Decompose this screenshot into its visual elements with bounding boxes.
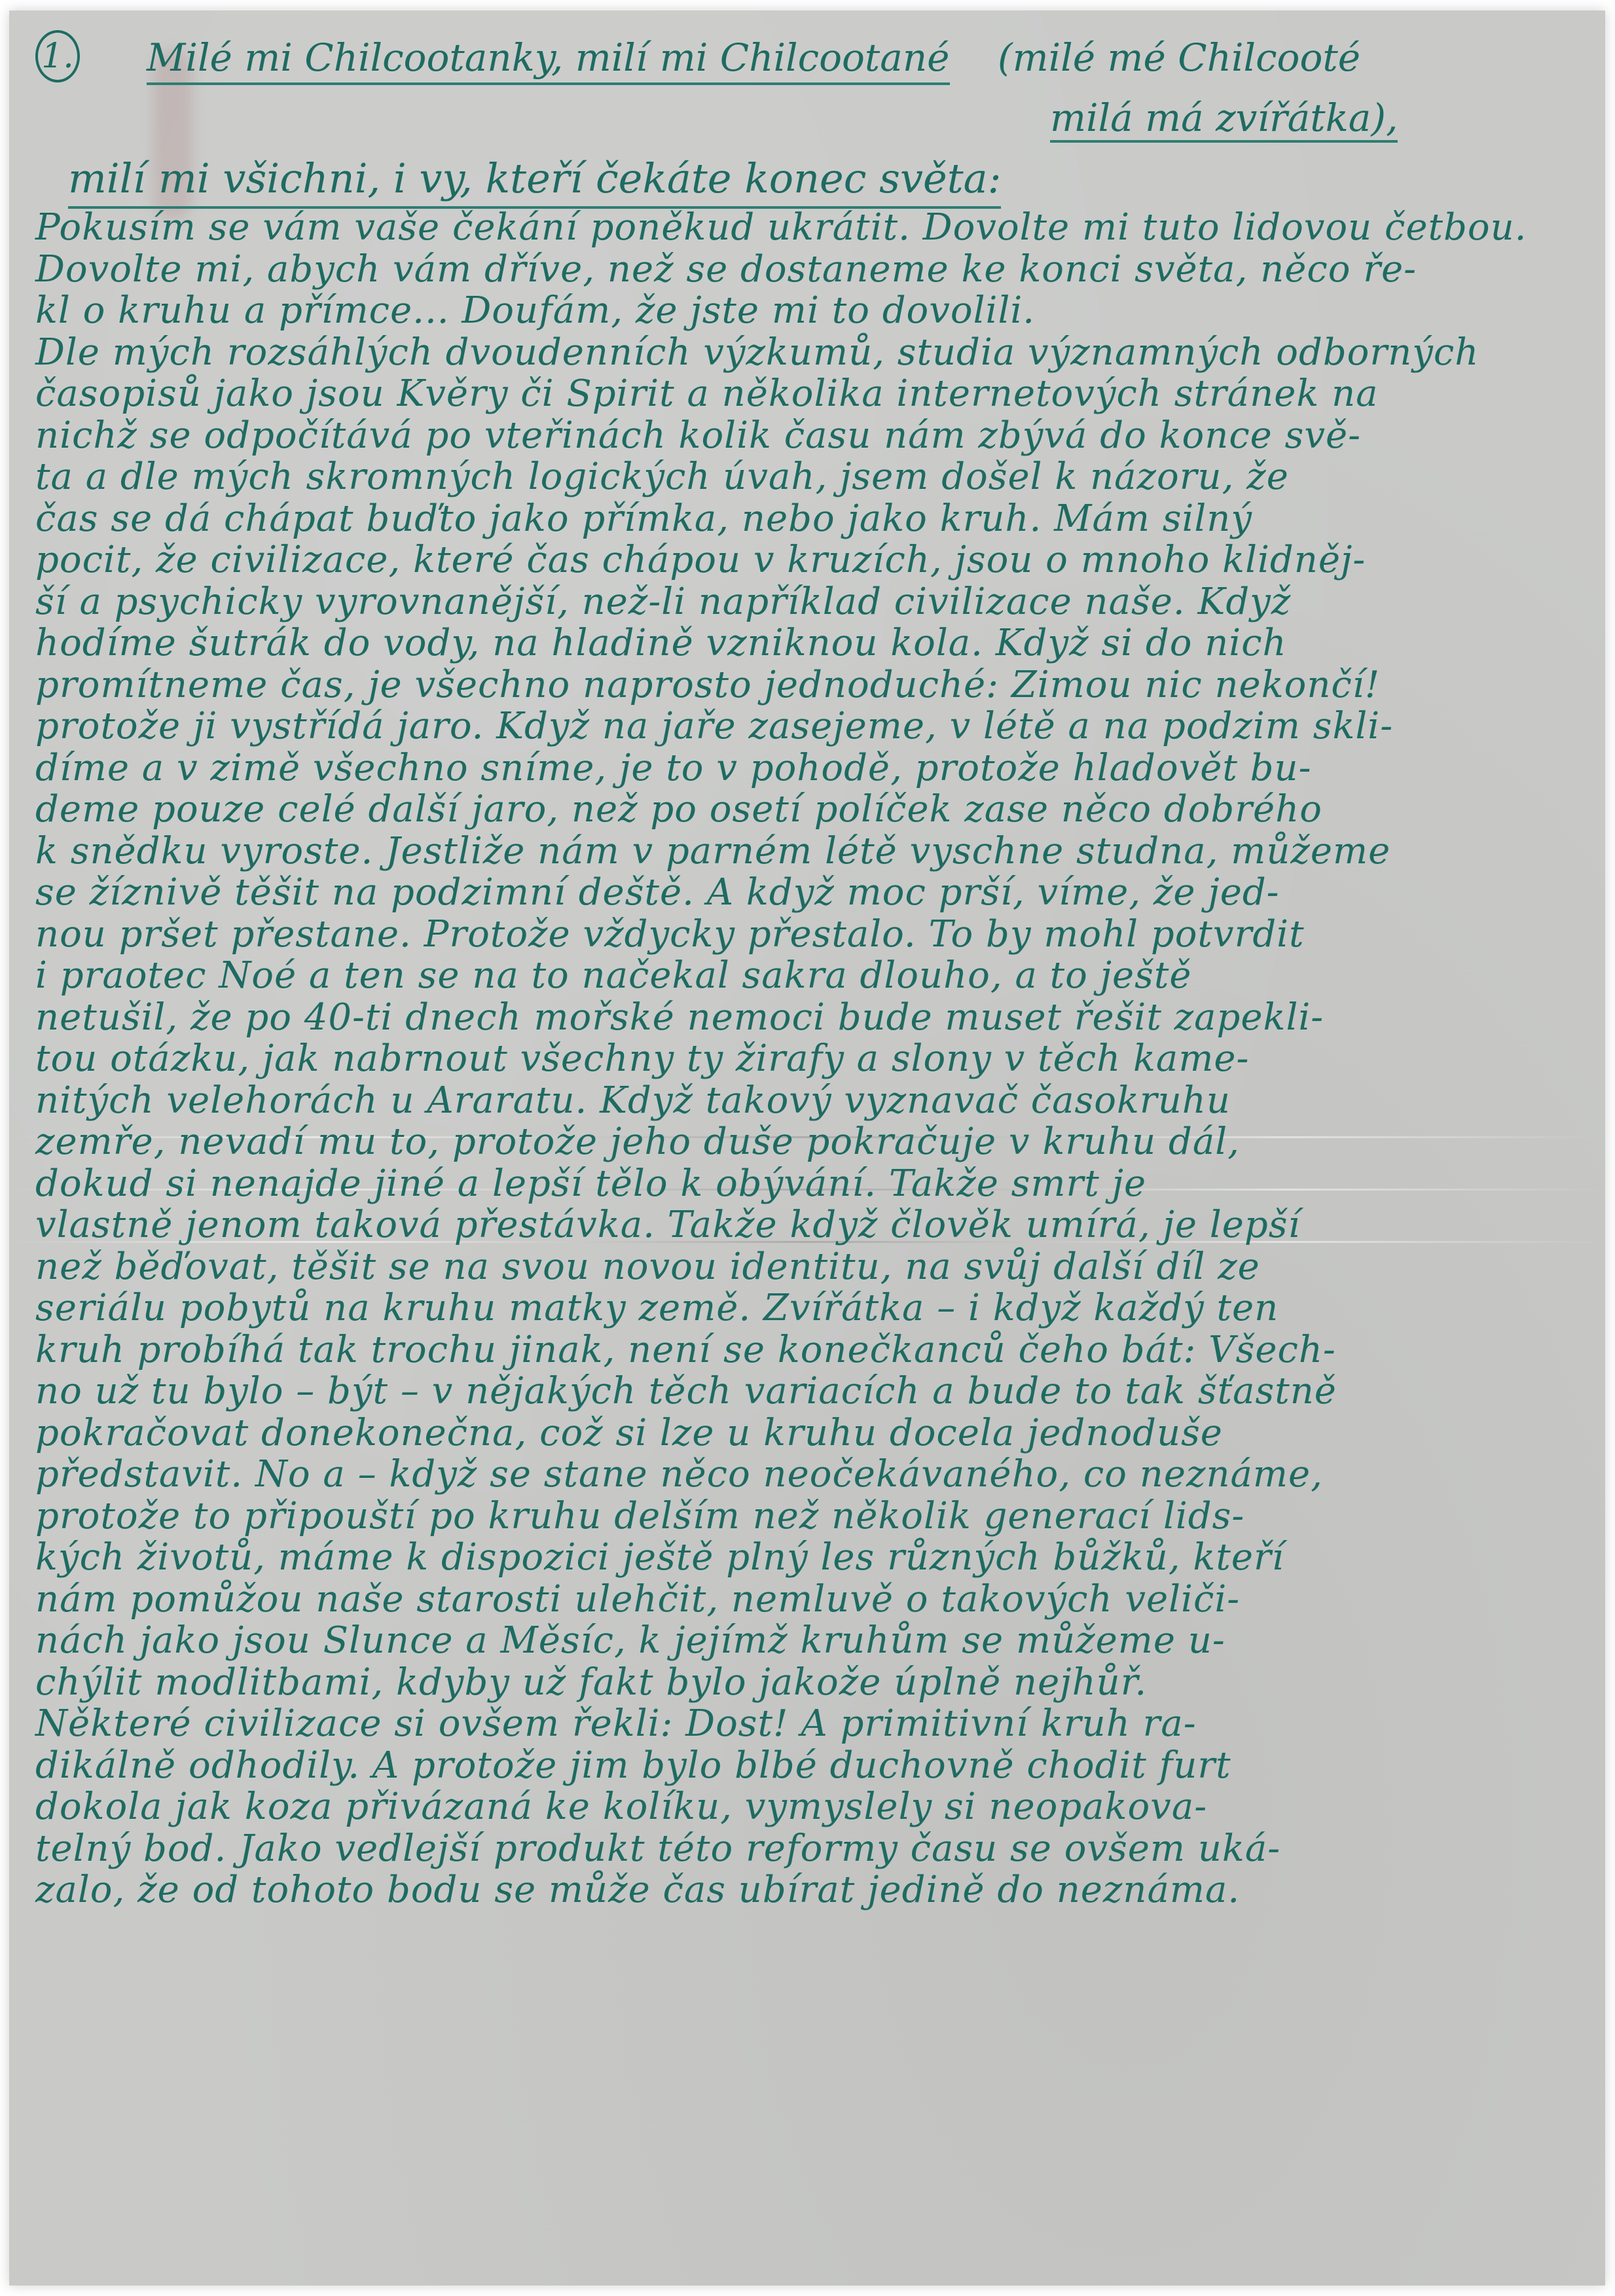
body-line: no už tu bylo – být – v nějakých těch va…	[35, 1371, 1593, 1412]
body-line: kruh probíhá tak trochu jinak, není se k…	[35, 1329, 1593, 1371]
salutation-aside: (milé mé Chilcooté	[998, 35, 1360, 80]
body-line: Dle mých rozsáhlých dvoudenních výzkumů,…	[35, 332, 1593, 374]
body-line: představit. No a – když se stane něco ne…	[35, 1454, 1593, 1496]
body-line: i praotec Noé a ten se na to načekal sak…	[35, 955, 1593, 997]
body-line: seriálu pobytů na kruhu matky země. Zvíř…	[35, 1287, 1593, 1329]
body-line: pocit, že civilizace, které čas chápou v…	[35, 539, 1593, 581]
letter-body: Pokusím se vám vaše čekání poněkud ukrát…	[35, 207, 1593, 1911]
body-line: kl o kruhu a přímce... Doufám, že jste m…	[35, 290, 1593, 332]
body-line: protože ji vystřídá jaro. Když na jaře z…	[35, 706, 1593, 747]
body-line: tou otázku, jak nabrnout všechny ty žira…	[35, 1038, 1593, 1080]
body-line: k snědku vyroste. Jestliže nám v parném …	[35, 831, 1593, 872]
salutation-line-2: milí mi všichni, i vy, kteří čekáte kone…	[68, 154, 1001, 209]
body-line: než běďovat, těšit se na svou novou iden…	[35, 1246, 1593, 1288]
letter-page: 1. Milé mi Chilcootanky, milí mi Chilcoo…	[9, 10, 1605, 2286]
body-line: pokračovat donekonečna, což si lze u kru…	[35, 1412, 1593, 1454]
body-line: nou pršet přestane. Protože vždycky přes…	[35, 914, 1593, 956]
body-line: nitých velehorách u Araratu. Když takový…	[35, 1080, 1593, 1122]
body-line: časopisů jako jsou Kvěry či Spirit a něk…	[35, 373, 1593, 415]
body-line: se žíznivě těšit na podzimní deště. A kd…	[35, 872, 1593, 914]
salutation-line-1: Milé mi Chilcootanky, milí mi Chilcootan…	[147, 35, 950, 85]
body-line: vlastně jenom taková přestávka. Takže kd…	[35, 1204, 1593, 1246]
page-number: 1.	[35, 30, 80, 82]
body-line: díme a v zimě všechno sníme, je to v poh…	[35, 747, 1593, 789]
body-line: dokud si nenajde jiné a lepší tělo k obý…	[35, 1163, 1593, 1205]
body-line: nách jako jsou Slunce a Měsíc, k jejímž …	[35, 1620, 1593, 1662]
body-line: zemře, nevadí mu to, protože jeho duše p…	[35, 1121, 1593, 1163]
body-line: Pokusím se vám vaše čekání poněkud ukrát…	[35, 207, 1593, 249]
body-line: čas se dá chápat buďto jako přímka, nebo…	[35, 498, 1593, 540]
body-line: ta a dle mých skromných logických úvah, …	[35, 456, 1593, 498]
body-line: protože to připouští po kruhu delším než…	[35, 1496, 1593, 1537]
body-line: ší a psychicky vyrovnanější, než-li např…	[35, 581, 1593, 623]
salutation-aside-continued: milá má zvířátka),	[1050, 96, 1398, 143]
body-line: nichž se odpočítává po vteřinách kolik č…	[35, 415, 1593, 457]
body-line: promítneme čas, je všechno naprosto jedn…	[35, 664, 1593, 706]
body-line: nám pomůžou naše starosti ulehčit, nemlu…	[35, 1579, 1593, 1621]
body-line: hodíme šutrák do vody, na hladině vznikn…	[35, 622, 1593, 664]
body-line: Dovolte mi, abych vám dříve, než se dost…	[35, 249, 1593, 291]
body-line: kých životů, máme k dispozici ještě plný…	[35, 1537, 1593, 1579]
body-line: netušil, že po 40-ti dnech mořské nemoci…	[35, 997, 1593, 1039]
body-line: chýlit modlitbami, kdyby už fakt bylo ja…	[35, 1662, 1593, 1704]
body-line: deme pouze celé další jaro, než po osetí…	[35, 789, 1593, 831]
body-line: dokola jak koza přivázaná ke kolíku, vym…	[35, 1786, 1593, 1828]
body-line: dikálně odhodily. A protože jim bylo blb…	[35, 1745, 1593, 1787]
body-line: Některé civilizace si ovšem řekli: Dost!…	[35, 1703, 1593, 1745]
body-line: zalo, že od tohoto bodu se může čas ubír…	[35, 1869, 1593, 1911]
body-line: telný bod. Jako vedlejší produkt této re…	[35, 1828, 1593, 1870]
